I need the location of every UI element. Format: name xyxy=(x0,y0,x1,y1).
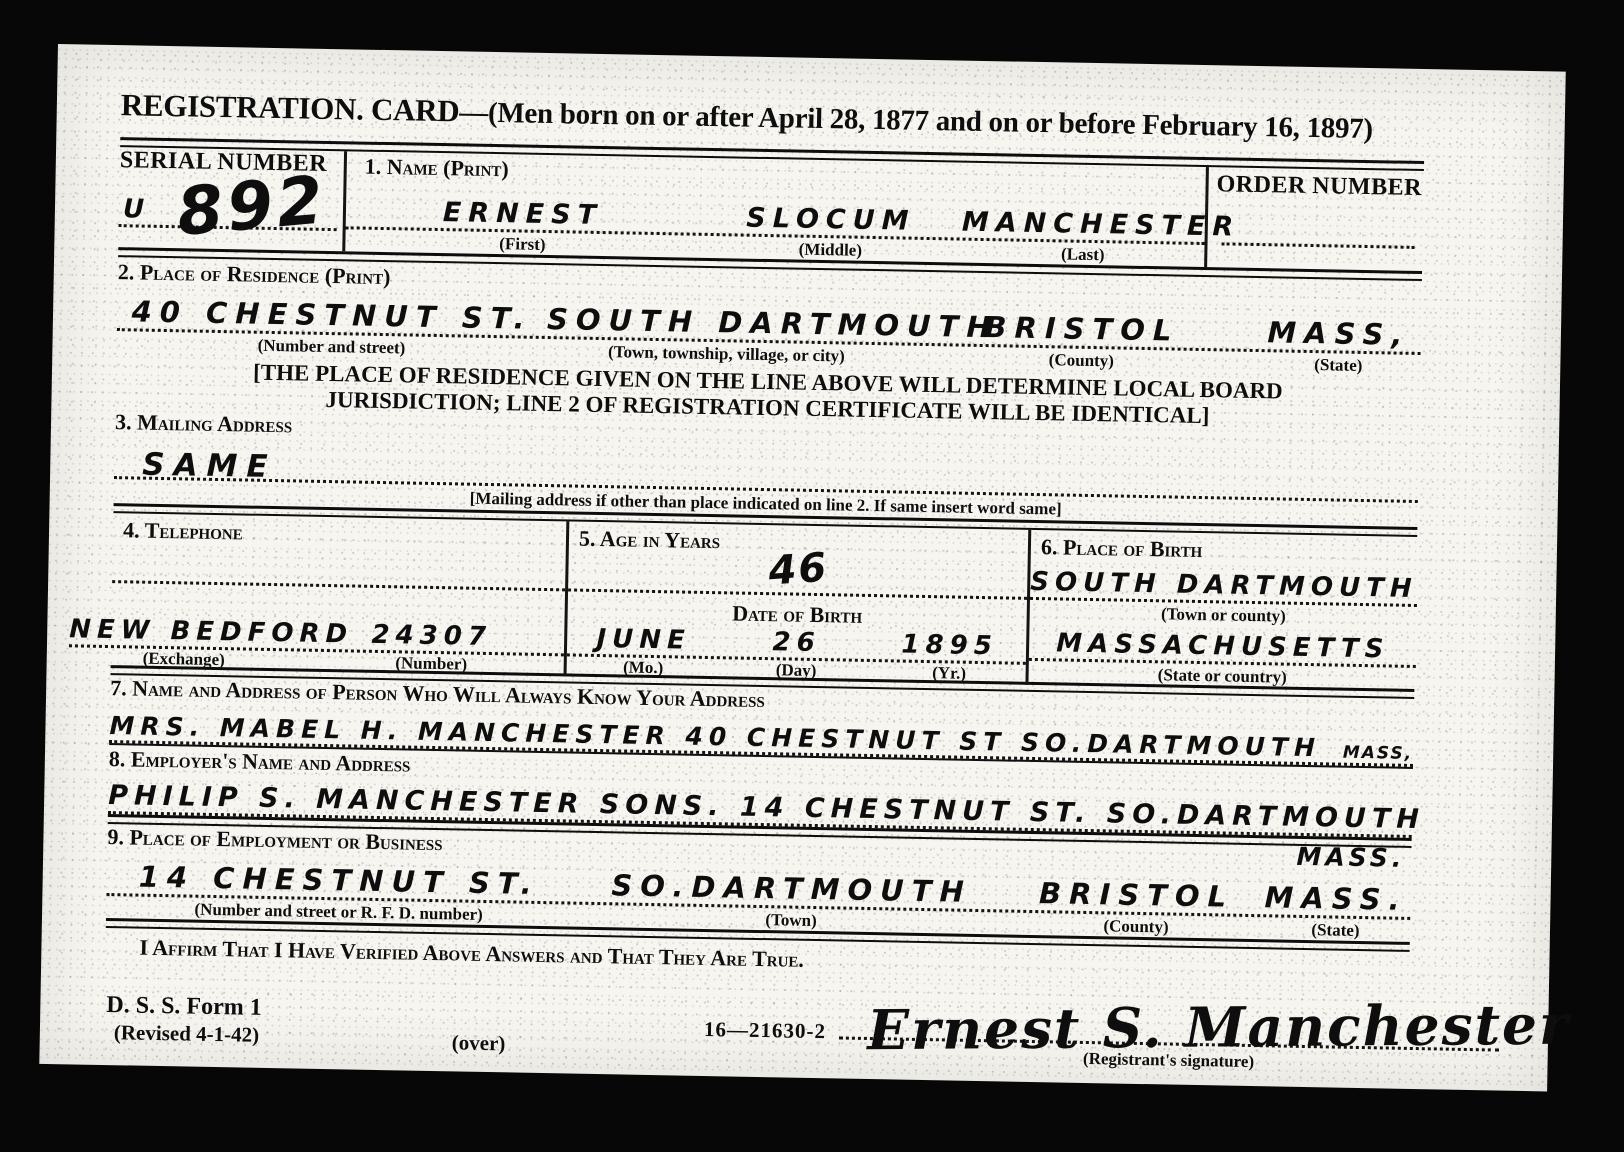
dob-sub-year: (Yr.) xyxy=(872,662,1025,685)
order-spacer xyxy=(1207,245,1422,271)
dob-month-handwritten: JUNE xyxy=(567,623,721,656)
telephone-number-handwritten: 24307 xyxy=(299,619,565,654)
over-note: (over) xyxy=(452,1030,506,1056)
dob-sub-day: (Day) xyxy=(719,659,872,682)
telephone-exchange-handwritten: NEW BEDFORD xyxy=(69,614,300,648)
employment-street-handwritten: 14 CHESTNUT ST. xyxy=(106,859,572,902)
residence-sub-state: (State) xyxy=(1256,354,1420,377)
telephone-handwritten-row: NEW BEDFORD 24307 xyxy=(69,582,565,656)
dob-day-handwritten: 26 xyxy=(720,626,874,659)
registration-card-scan: REGISTRATION. CARD—(Men born on or after… xyxy=(39,44,1565,1091)
residence-section: 2. Place of Residence (Print) 40 CHESTNU… xyxy=(115,259,1422,433)
dob-sub-month: (Mo.) xyxy=(566,656,719,679)
form-revision: (Revised 4-1-42) xyxy=(114,1020,260,1048)
birthplace-town-handwritten: SOUTH DARTMOUTH xyxy=(1030,567,1418,604)
telephone-sub-exchange: (Exchange) xyxy=(69,647,299,671)
residence-sub-street: (Number and street) xyxy=(116,333,546,361)
birthplace-state-handwritten: MASSACHUSETTS xyxy=(1056,628,1390,664)
employment-sub-state: (State) xyxy=(1261,919,1410,942)
name-first-handwritten: ERNEST xyxy=(346,195,701,232)
card-footer: D. S. S. Form 1 (Revised 4-1-42) (over) … xyxy=(103,966,1409,1102)
row-telephone-age-birth: 4. Telephone NEW BEDFORD 24307 (Exchange… xyxy=(111,513,1418,689)
signature-block: Ernest S. Manchester (Registrant's signa… xyxy=(838,973,1500,1076)
birthplace-town-line: SOUTH DARTMOUTH xyxy=(1030,560,1418,607)
print-code: 16—21630-2 xyxy=(704,1017,826,1044)
employment-town-handwritten: SO.DARTMOUTH xyxy=(571,868,1012,910)
contact-tail-handwritten: MASS, xyxy=(1343,743,1414,764)
order-number-label: ORDER NUMBER xyxy=(1208,167,1424,202)
serial-number-cell: SERIAL NUMBER U 892 xyxy=(118,147,344,251)
residence-sub-town: (Town, township, village, or city) xyxy=(546,341,906,368)
serial-prefix-handwritten: U xyxy=(123,194,152,225)
dob-year-handwritten: 1895 xyxy=(873,629,1027,662)
birthplace-cell: 6. Place of Birth SOUTH DARTMOUTH (Town … xyxy=(1025,530,1418,692)
telephone-cell: 4. Telephone NEW BEDFORD 24307 (Exchange… xyxy=(111,513,567,676)
form-number: D. S. S. Form 1 xyxy=(106,992,262,1022)
residence-town-handwritten: SOUTH DARTMOUTH xyxy=(547,302,908,343)
registrant-signature: Ernest S. Manchester xyxy=(867,992,1570,1063)
residence-street-handwritten: 40 CHESTNUT ST. xyxy=(117,294,548,336)
residence-state-handwritten: MASS, xyxy=(1257,315,1422,352)
age-cell: 5. Age in Years 46 Date of Birth JUNE 26… xyxy=(563,521,1028,684)
residence-county-handwritten: BRISTOL xyxy=(907,309,1258,349)
residence-sub-county: (County) xyxy=(906,348,1256,374)
card-title-note: —(Men born on or after April 28, 1877 an… xyxy=(459,96,1373,145)
order-number-cell: ORDER NUMBER xyxy=(1204,167,1424,271)
serial-number-handwritten: 892 xyxy=(174,161,330,251)
name-cell: 1. Name (Print) ERNEST SLOCUM MANCHESTER… xyxy=(342,151,1206,267)
age-value-handwritten: 46 xyxy=(767,545,830,595)
name-last-handwritten: MANCHESTER xyxy=(962,207,1241,243)
employer-overflow-handwritten: MASS. xyxy=(1296,842,1405,873)
card-title-text: REGISTRATION. CARD xyxy=(121,87,460,128)
order-number-line xyxy=(1222,198,1416,249)
serial-number-line: U 892 xyxy=(119,174,338,231)
mailing-value-handwritten: SAME xyxy=(142,447,277,485)
name-middle-handwritten: SLOCUM xyxy=(700,202,963,238)
signature-line: Ernest S. Manchester xyxy=(839,973,1500,1051)
card-content: REGISTRATION. CARD—(Men born on or after… xyxy=(103,45,1426,1102)
employment-state-handwritten: MASS. xyxy=(1261,880,1411,917)
employment-county-handwritten: BRISTOL xyxy=(1011,876,1262,915)
